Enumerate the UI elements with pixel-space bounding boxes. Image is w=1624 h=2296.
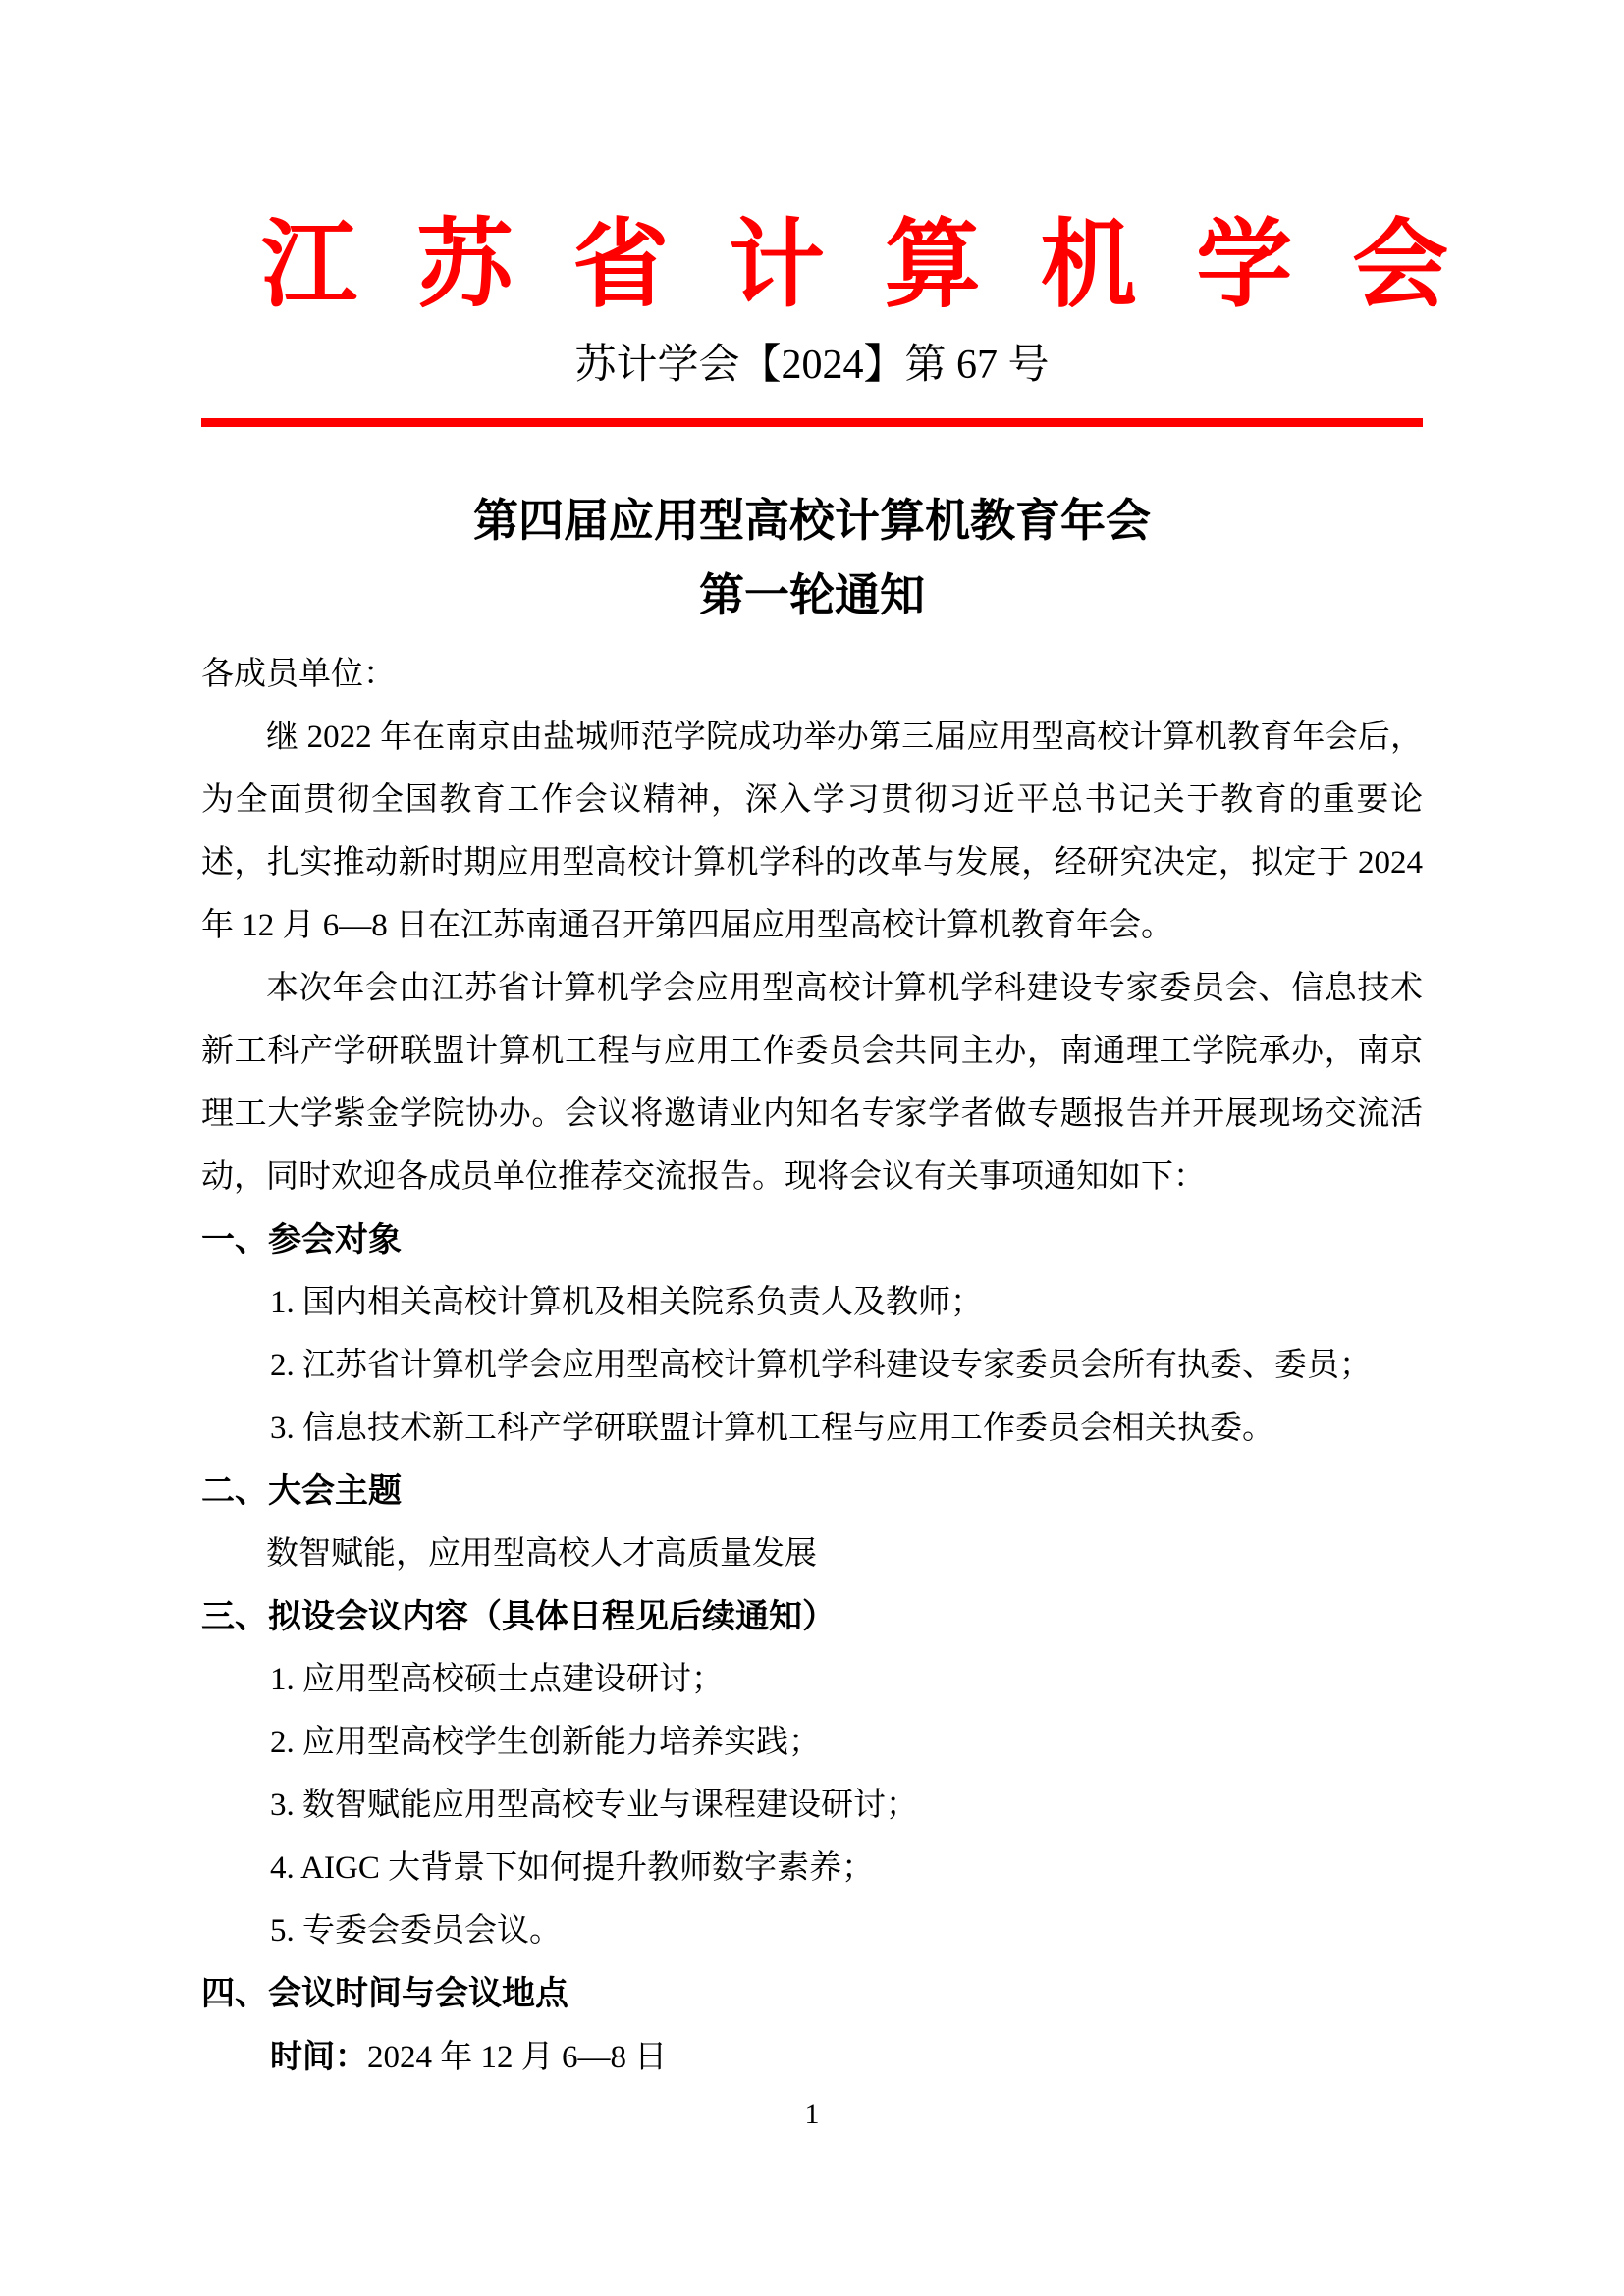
meeting-time-line: 时间：2024 年 12 月 6—8 日 bbox=[201, 2025, 1423, 2089]
conference-theme: 数智赋能，应用型高校人才高质量发展 bbox=[201, 1522, 1423, 1585]
meeting-time-label: 时间： bbox=[270, 2038, 367, 2074]
section-heading-4: 四、会议时间与会议地点 bbox=[201, 1962, 1423, 2025]
document-title: 第四届应用型高校计算机教育年会 第一轮通知 bbox=[201, 484, 1423, 633]
document-page: 江苏省计算机学会 苏计学会【2024】第 67 号 第四届应用型高校计算机教育年… bbox=[0, 0, 1624, 2296]
list-item: 2. 应用型高校学生创新能力培养实践； bbox=[201, 1711, 1423, 1774]
section-heading-2: 二、大会主题 bbox=[201, 1460, 1423, 1522]
document-title-line1: 第四届应用型高校计算机教育年会 bbox=[201, 484, 1423, 559]
list-item: 4. AIGC 大背景下如何提升教师数字素养； bbox=[201, 1837, 1423, 1899]
list-item: 5. 专委会委员会议。 bbox=[201, 1899, 1423, 1962]
list-item: 1. 应用型高校硕士点建设研讨； bbox=[201, 1648, 1423, 1711]
letterhead-org-name: 江苏省计算机学会 bbox=[201, 216, 1423, 318]
list-item: 3. 数智赋能应用型高校专业与课程建设研讨； bbox=[201, 1774, 1423, 1837]
body-paragraph-1: 继 2022 年在南京由盐城师范学院成功举办第三届应用型高校计算机教育年会后，为… bbox=[201, 706, 1423, 957]
letterhead-divider bbox=[201, 418, 1423, 427]
list-item: 2. 江苏省计算机学会应用型高校计算机学科建设专家委员会所有执委、委员； bbox=[201, 1334, 1423, 1397]
body-paragraph-2: 本次年会由江苏省计算机学会应用型高校计算机学科建设专家委员会、信息技术新工科产学… bbox=[201, 957, 1423, 1208]
document-body: 各成员单位： 继 2022 年在南京由盐城师范学院成功举办第三届应用型高校计算机… bbox=[201, 643, 1423, 2089]
list-item: 1. 国内相关高校计算机及相关院系负责人及教师； bbox=[201, 1271, 1423, 1334]
section-heading-3: 三、拟设会议内容（具体日程见后续通知） bbox=[201, 1585, 1423, 1648]
list-item: 3. 信息技术新工科产学研联盟计算机工程与应用工作委员会相关执委。 bbox=[201, 1397, 1423, 1460]
salutation: 各成员单位： bbox=[201, 643, 1423, 706]
document-title-line2: 第一轮通知 bbox=[201, 559, 1423, 633]
meeting-time-value: 2024 年 12 月 6—8 日 bbox=[367, 2040, 667, 2075]
document-number: 苏计学会【2024】第 67 号 bbox=[201, 340, 1423, 392]
page-number: 1 bbox=[0, 2097, 1624, 2132]
section-heading-1: 一、参会对象 bbox=[201, 1208, 1423, 1271]
